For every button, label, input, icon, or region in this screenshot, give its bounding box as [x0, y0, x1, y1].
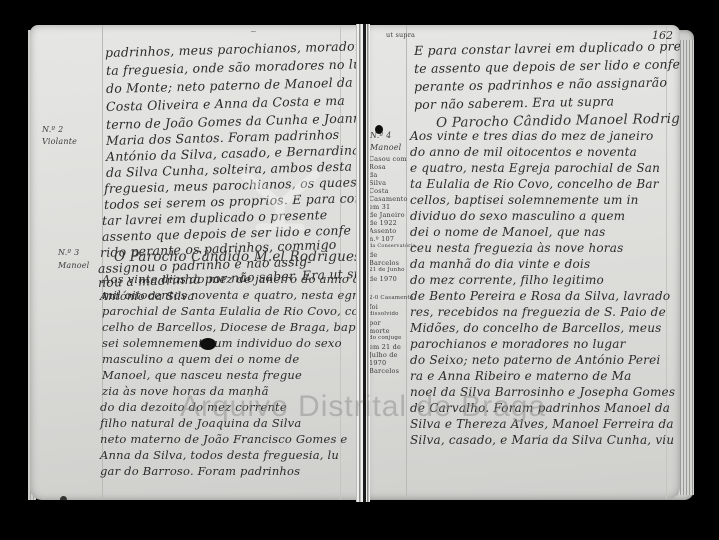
parish-priest-signature: O Parocho Cândido Manoel Rodrigues: [436, 110, 680, 131]
handwritten-line: por não saberem. Era ut supra: [414, 94, 614, 112]
margin-annotation: Casou com: [369, 155, 407, 163]
handwritten-line: E para constar lavrei em duplicado o pre…: [414, 38, 680, 58]
margin-annotation: foi: [369, 303, 378, 311]
handwritten-line: celho de Barcellos, Diocese de Braga, ba…: [102, 320, 364, 334]
margin-note-number: N.º 2: [42, 125, 63, 134]
right-page: ut supra 162 E para constar lavrei em du…: [366, 25, 680, 499]
handwritten-line: Aos vinte e tres dias do mez de janeiro: [410, 129, 653, 143]
margin-rule: [406, 25, 407, 499]
margin-annotation: Barcelos: [369, 259, 399, 267]
margin-annotation: da Conservatória: [369, 243, 416, 249]
margin-annotation: Silva: [369, 179, 386, 187]
margin-annotation: Casamento: [369, 195, 408, 203]
handwritten-line: dividuo do sexo masculino a quem: [410, 209, 625, 223]
handwritten-line: perante os padrinhos e não assignarão: [414, 75, 667, 94]
handwritten-line: gar do Barroso. Foram padrinhos: [100, 464, 300, 478]
archive-watermark: Arquivo Distrital de Braga: [180, 390, 546, 424]
margin-annotation: de: [369, 251, 377, 259]
archive-logo-watermark-icon: [235, 170, 325, 230]
left-page: ~ N.º 2 Violante N.º 3 Manoel padrinhos,…: [30, 25, 364, 500]
margin-annotation: de 1922: [369, 219, 397, 227]
handwritten-line: do Seixo; neto paterno de António Perei: [410, 353, 660, 367]
handwritten-line: res, recebidos na freguezia de S. Paio d…: [410, 305, 666, 319]
margin-annotation: morte: [369, 327, 390, 335]
page-header-mark: ~: [250, 27, 257, 36]
handwritten-line: parochianos e moradores no lugar: [410, 337, 626, 351]
handwritten-line: ta Eulalia de Rio Covo, concelho de Bar: [410, 177, 659, 191]
gutter-shadow: [363, 24, 366, 502]
handwritten-line: Midões, do concelho de Barcellos, meus: [410, 321, 662, 335]
ink-stain: [60, 496, 67, 500]
handwritten-line: Anna da Silva, todos desta freguesia, lu: [100, 448, 339, 462]
margin-annotation: Julho de: [369, 351, 398, 359]
margin-annotation: de 1970: [369, 275, 397, 283]
margin-annotation: 2-0 Casamento: [369, 295, 413, 301]
margin-note-number: N.º 3: [58, 248, 79, 257]
margin-note-name: Manoel: [58, 261, 89, 270]
handwritten-line: ra e Anna Ribeiro e materno de Ma: [410, 369, 632, 383]
parish-priest-signature: O Parocho Cândido M.el Rodrigues: [114, 249, 361, 265]
margin-annotation: 21 de Junho: [369, 267, 405, 273]
margin-annotation: dissolvido: [369, 311, 399, 317]
handwritten-line: Silva, casado, e Maria da Silva Cunha, v…: [410, 433, 674, 447]
margin-annotation: 1970: [369, 359, 386, 367]
handwritten-line: dei o nome de Manoel, que nas: [410, 225, 605, 239]
margin-entry-name: Manoel: [370, 143, 401, 152]
handwritten-line: cellos, baptisei solemnemente um in: [410, 193, 639, 207]
margin-annotation: n.º 107: [369, 235, 394, 243]
margin-annotation: Rosa: [369, 163, 386, 171]
handwritten-line: de Bento Pereira e Rosa da Silva, lavrad…: [410, 289, 670, 303]
margin-annotation: por: [369, 319, 381, 327]
margin-annotation: da: [369, 171, 377, 179]
document-scan: ~ N.º 2 Violante N.º 3 Manoel padrinhos,…: [0, 0, 719, 540]
ink-blot: [375, 125, 383, 134]
margin-annotation: Assento: [369, 227, 396, 235]
handwritten-line: Aos vinte dias do mez de janeiro do anno…: [102, 272, 364, 286]
handwritten-line: parochial de Santa Eulalia de Rio Covo, …: [102, 304, 364, 318]
handwritten-line: da manhã do dia vinte e dois: [410, 257, 590, 271]
handwritten-line: do anno de mil oitocentos e noventa: [410, 145, 637, 159]
handwritten-line: neto materno de João Francisco Gomes e: [100, 432, 347, 446]
handwritten-line: do mez corrente, filho legitimo: [410, 273, 604, 287]
handwritten-line: mil oitocentos noventa e quatro, nesta e…: [102, 288, 364, 302]
margin-annotation: Barcelos: [369, 367, 399, 375]
margin-note-name: Violante: [42, 137, 77, 146]
margin-annotation: em 21 de: [369, 343, 401, 351]
handwritten-line: te assento que depois de ser lido e conf…: [414, 56, 680, 76]
handwritten-line: ceu nesta freguezia às nove horas: [410, 241, 623, 255]
margin-annotation: Costa: [369, 187, 389, 195]
margin-annotation: de Janeiro: [369, 211, 405, 219]
ink-blot: [200, 338, 216, 350]
handwritten-line: Manoel, que nasceu nesta fregue: [102, 368, 302, 382]
handwritten-line: sei solemnemente um individuo do sexo: [102, 336, 342, 350]
margin-annotation: em 31: [369, 203, 390, 211]
margin-annotation: do conjuge: [369, 335, 402, 341]
handwritten-line: e quatro, nesta Egreja parochial de San: [410, 161, 660, 175]
header-note: ut supra: [386, 31, 415, 39]
handwritten-line: masculino a quem dei o nome de: [102, 352, 299, 366]
